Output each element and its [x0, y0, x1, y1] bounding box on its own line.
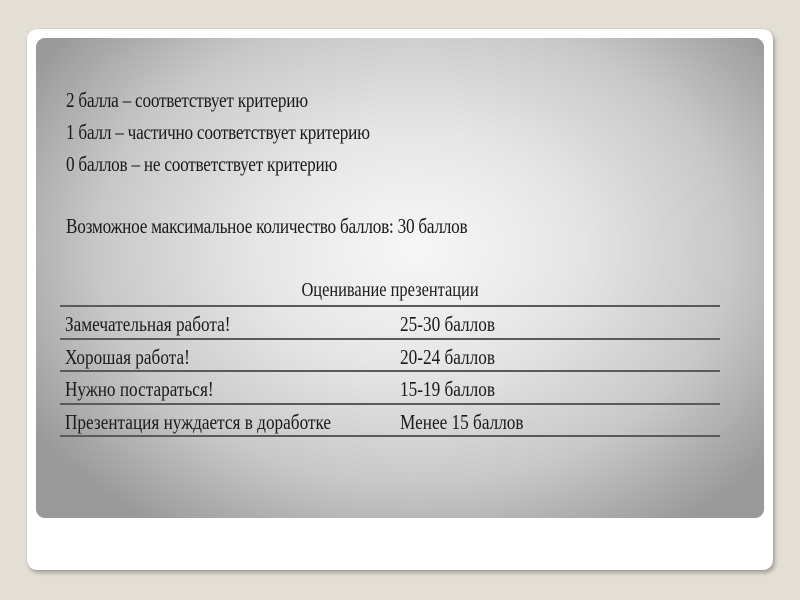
table-row: Нужно постараться! 15-19 баллов [60, 372, 720, 404]
score-range: 25-30 баллов [400, 307, 495, 339]
score-range: 20-24 баллов [400, 340, 495, 372]
criterion-0-points: 0 баллов – не соответствует критерию [66, 152, 337, 177]
criterion-1-point: 1 балл – частично соответствует критерию [66, 120, 370, 145]
grade-label: Презентация нуждается в доработке [65, 405, 331, 437]
max-score-text: Возможное максимальное количество баллов… [66, 214, 467, 239]
table-rule [60, 435, 720, 437]
score-range: Менее 15 баллов [400, 405, 524, 437]
grade-label: Нужно постараться! [65, 372, 214, 404]
grade-label: Замечательная работа! [65, 307, 230, 339]
slide-content-panel: 2 балла – соответствует критерию 1 балл … [36, 38, 764, 518]
table-row: Презентация нуждается в доработке Менее … [60, 405, 720, 437]
table-row: Замечательная работа! 25-30 баллов [60, 307, 720, 339]
grade-label: Хорошая работа! [65, 340, 190, 372]
criterion-2-points: 2 балла – соответствует критерию [66, 88, 308, 113]
score-range: 15-19 баллов [400, 372, 495, 404]
table-title: Оценивание презентации [60, 274, 720, 306]
table-title-text: Оценивание презентации [301, 274, 478, 306]
table-row: Хорошая работа! 20-24 баллов [60, 340, 720, 372]
slide-frame: 2 балла – соответствует критерию 1 балл … [27, 29, 773, 570]
